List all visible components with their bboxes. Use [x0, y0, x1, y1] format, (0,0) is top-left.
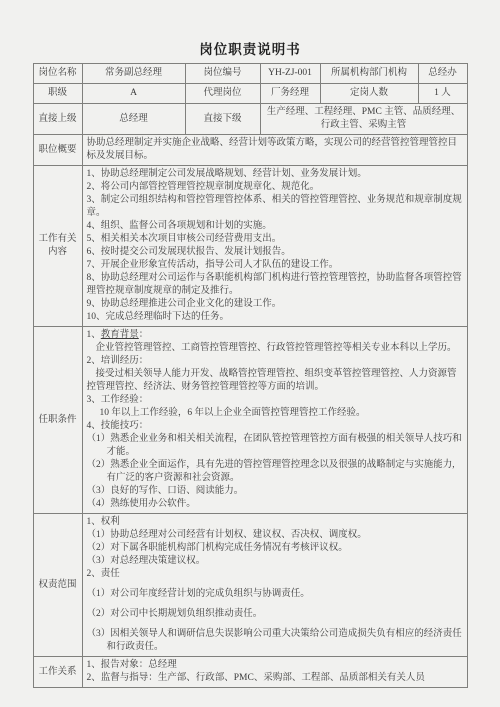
headcount-label: 定岗人数 — [320, 84, 418, 104]
position-code-label: 岗位编号 — [185, 64, 260, 84]
right-item-2: （2）对下属各职能机构部门机构完成任务情况有考核评议权。 — [87, 542, 463, 555]
relation-item-1: 1、报告对象：总经理 — [87, 659, 463, 672]
duty-item-3: 3、制定公司组织结构和管控管理管控体系、相关的管控管理管控、业务规范和规章制度规… — [87, 194, 463, 220]
relations-content: 1、报告对象：总经理 2、监督与指导：生产部、行政部、PMC、采购部、工程部、品… — [82, 657, 467, 688]
skill-item-2: （2）熟悉企业全面运作，具有先进的管控管理管控理念以及很强的战略制定与实施能力,… — [87, 459, 463, 485]
duty-item-10: 10、完成总经理临时下达的任务。 — [87, 311, 463, 324]
duty-item-9: 9、协助总经理推进公司企业文化的建设工作。 — [87, 298, 463, 311]
position-code-value: YH-ZJ-001 — [260, 64, 320, 84]
row-basic-info-1: 岗位名称 常务副总经理 岗位编号 YH-ZJ-001 所属机构部门机构 总经办 — [33, 64, 467, 84]
duty-item-2: 2、将公司内部管控管理管控规章制度规章化、规范化。 — [87, 181, 463, 194]
qualifications-content: 1、教育背景： 企业管控管理管控、工商管控管理管控、行政管控管理管控等相关专业本… — [82, 327, 467, 514]
page-title: 岗位职责说明书 — [0, 0, 500, 58]
row-authority: 权责范围 1、权利 （1）协助总经理对公司经营有计划权、建议权、否决权、调度权。… — [33, 514, 467, 657]
education-num: 1、 — [87, 330, 101, 340]
job-summary-text: 协助总经理制定并实施企业战略、经营计划等政策方略，实现公司的经营管控管理管控目标… — [82, 135, 467, 166]
row-relations: 工作关系 1、报告对象：总经理 2、监督与指导：生产部、行政部、PMC、采购部、… — [33, 657, 467, 688]
row-reporting-lines: 直接上级 总经理 直接下级 生产经理、工程经理、PMC 主管、品质经理、行政主管… — [33, 104, 467, 135]
duty-item-4: 4、组织、监督公司各项规划和计划的实施。 — [87, 220, 463, 233]
education-body: 企业管控管理管控、工商管控管理管控、行政管控管理管控等相关专业本科以上学历。 — [87, 342, 463, 355]
document-page: 岗位职责说明书 岗位名称 常务副总经理 岗位编号 YH-ZJ-001 所属机构部… — [0, 0, 500, 707]
right-item-1: （1）协助总经理对公司经营有计划权、建议权、否决权、调度权。 — [87, 529, 463, 542]
education-heading: 1、教育背景： — [87, 329, 463, 342]
skill-item-4: （4）熟练使用办公软件。 — [87, 498, 463, 511]
row-job-summary: 职位概要 协助总经理制定并实施企业战略、经营计划等政策方略，实现公司的经营管控管… — [33, 135, 467, 166]
row-duties: 工作有关内容 1、协助总经理制定公司发展战略规划、经营计划、业务发展计划。 2、… — [33, 166, 467, 327]
direct-subordinate-label: 直接下级 — [185, 104, 260, 135]
qualifications-label: 任职条件 — [33, 327, 82, 514]
duties-content: 1、协助总经理制定公司发展战略规划、经营计划、业务发展计划。 2、将公司内部管控… — [82, 166, 467, 327]
duty-item-5: 5、相关相关本次项目审核公司经营费用支出。 — [87, 233, 463, 246]
row-qualifications: 任职条件 1、教育背景： 企业管控管理管控、工商管控管理管控、行政管控管理管控等… — [33, 327, 467, 514]
responsibility-item-1: （1）对公司年度经营计划的完成负组织与协调责任。 — [87, 588, 463, 601]
job-summary-label: 职位概要 — [33, 135, 82, 166]
skills-heading: 4、技能技巧： — [87, 420, 463, 433]
direct-superior-value: 总经理 — [82, 104, 185, 135]
responsibility-heading: 2、责任 — [87, 568, 463, 581]
experience-heading: 3、工作经验： — [87, 394, 463, 407]
experience-body: 10 年以上工作经验，6 年以上企业全面管控管理管控工作经验。 — [87, 407, 463, 420]
rank-value: A — [82, 84, 185, 104]
education-term: 教育背景 — [101, 330, 139, 340]
duty-item-1: 1、协助总经理制定公司发展战略规划、经营计划、业务发展计划。 — [87, 168, 463, 181]
direct-subordinate-value: 生产经理、工程经理、PMC 主管、品质经理、行政主管、采购主管 — [260, 104, 467, 135]
responsibility-item-3: （3）因相关领导人和调研信息失误影响公司重大决策给公司造成损失负有相应的经济责任… — [87, 628, 463, 654]
headcount-value: 1 人 — [418, 84, 467, 104]
training-heading: 2、培训经历： — [87, 355, 463, 368]
position-name-label: 岗位名称 — [33, 64, 82, 84]
duty-item-8: 8、协助总经理对公司运作与各职能机构部门机构进行管控管理管控，协助监督各项管控管… — [87, 272, 463, 298]
acting-position-value: 厂务经理 — [260, 84, 320, 104]
acting-position-label: 代理岗位 — [185, 84, 260, 104]
department-value: 总经办 — [418, 64, 467, 84]
training-body: 接受过相关领导人能力开发、战略管控管理管控、组织变革管控管理管控、人力资源管控管… — [87, 368, 463, 394]
relation-item-2: 2、监督与指导：生产部、行政部、PMC、采购部、工程部、品质部相关有关人员 — [87, 672, 463, 685]
rights-heading: 1、权利 — [87, 516, 463, 529]
authority-label: 权责范围 — [33, 514, 82, 657]
job-description-table: 岗位名称 常务副总经理 岗位编号 YH-ZJ-001 所属机构部门机构 总经办 … — [33, 63, 468, 688]
department-label: 所属机构部门机构 — [320, 64, 418, 84]
skill-item-3: （3）良好的写作、口语、阅读能力。 — [87, 485, 463, 498]
responsibility-item-2: （2）对公司中长期规划负组织推动责任。 — [87, 608, 463, 621]
right-item-3: （3）对总经理决策建议权。 — [87, 555, 463, 568]
education-colon: ： — [139, 330, 149, 340]
row-basic-info-2: 职级 A 代理岗位 厂务经理 定岗人数 1 人 — [33, 84, 467, 104]
skill-item-1: （1）熟悉企业业务和相关相关流程，在团队管控管理管控方面有极强的相关领导人技巧和… — [87, 433, 463, 459]
duty-item-6: 6、按时提交公司发展现状报告、发展计划报告。 — [87, 246, 463, 259]
duties-label: 工作有关内容 — [33, 166, 82, 327]
relations-label: 工作关系 — [33, 657, 82, 688]
direct-superior-label: 直接上级 — [33, 104, 82, 135]
duty-item-7: 7、开展企业形象宣传活动，指导公司人才队伍的建设工作。 — [87, 259, 463, 272]
position-name-value: 常务副总经理 — [82, 64, 185, 84]
rank-label: 职级 — [33, 84, 82, 104]
authority-content: 1、权利 （1）协助总经理对公司经营有计划权、建议权、否决权、调度权。 （2）对… — [82, 514, 467, 657]
